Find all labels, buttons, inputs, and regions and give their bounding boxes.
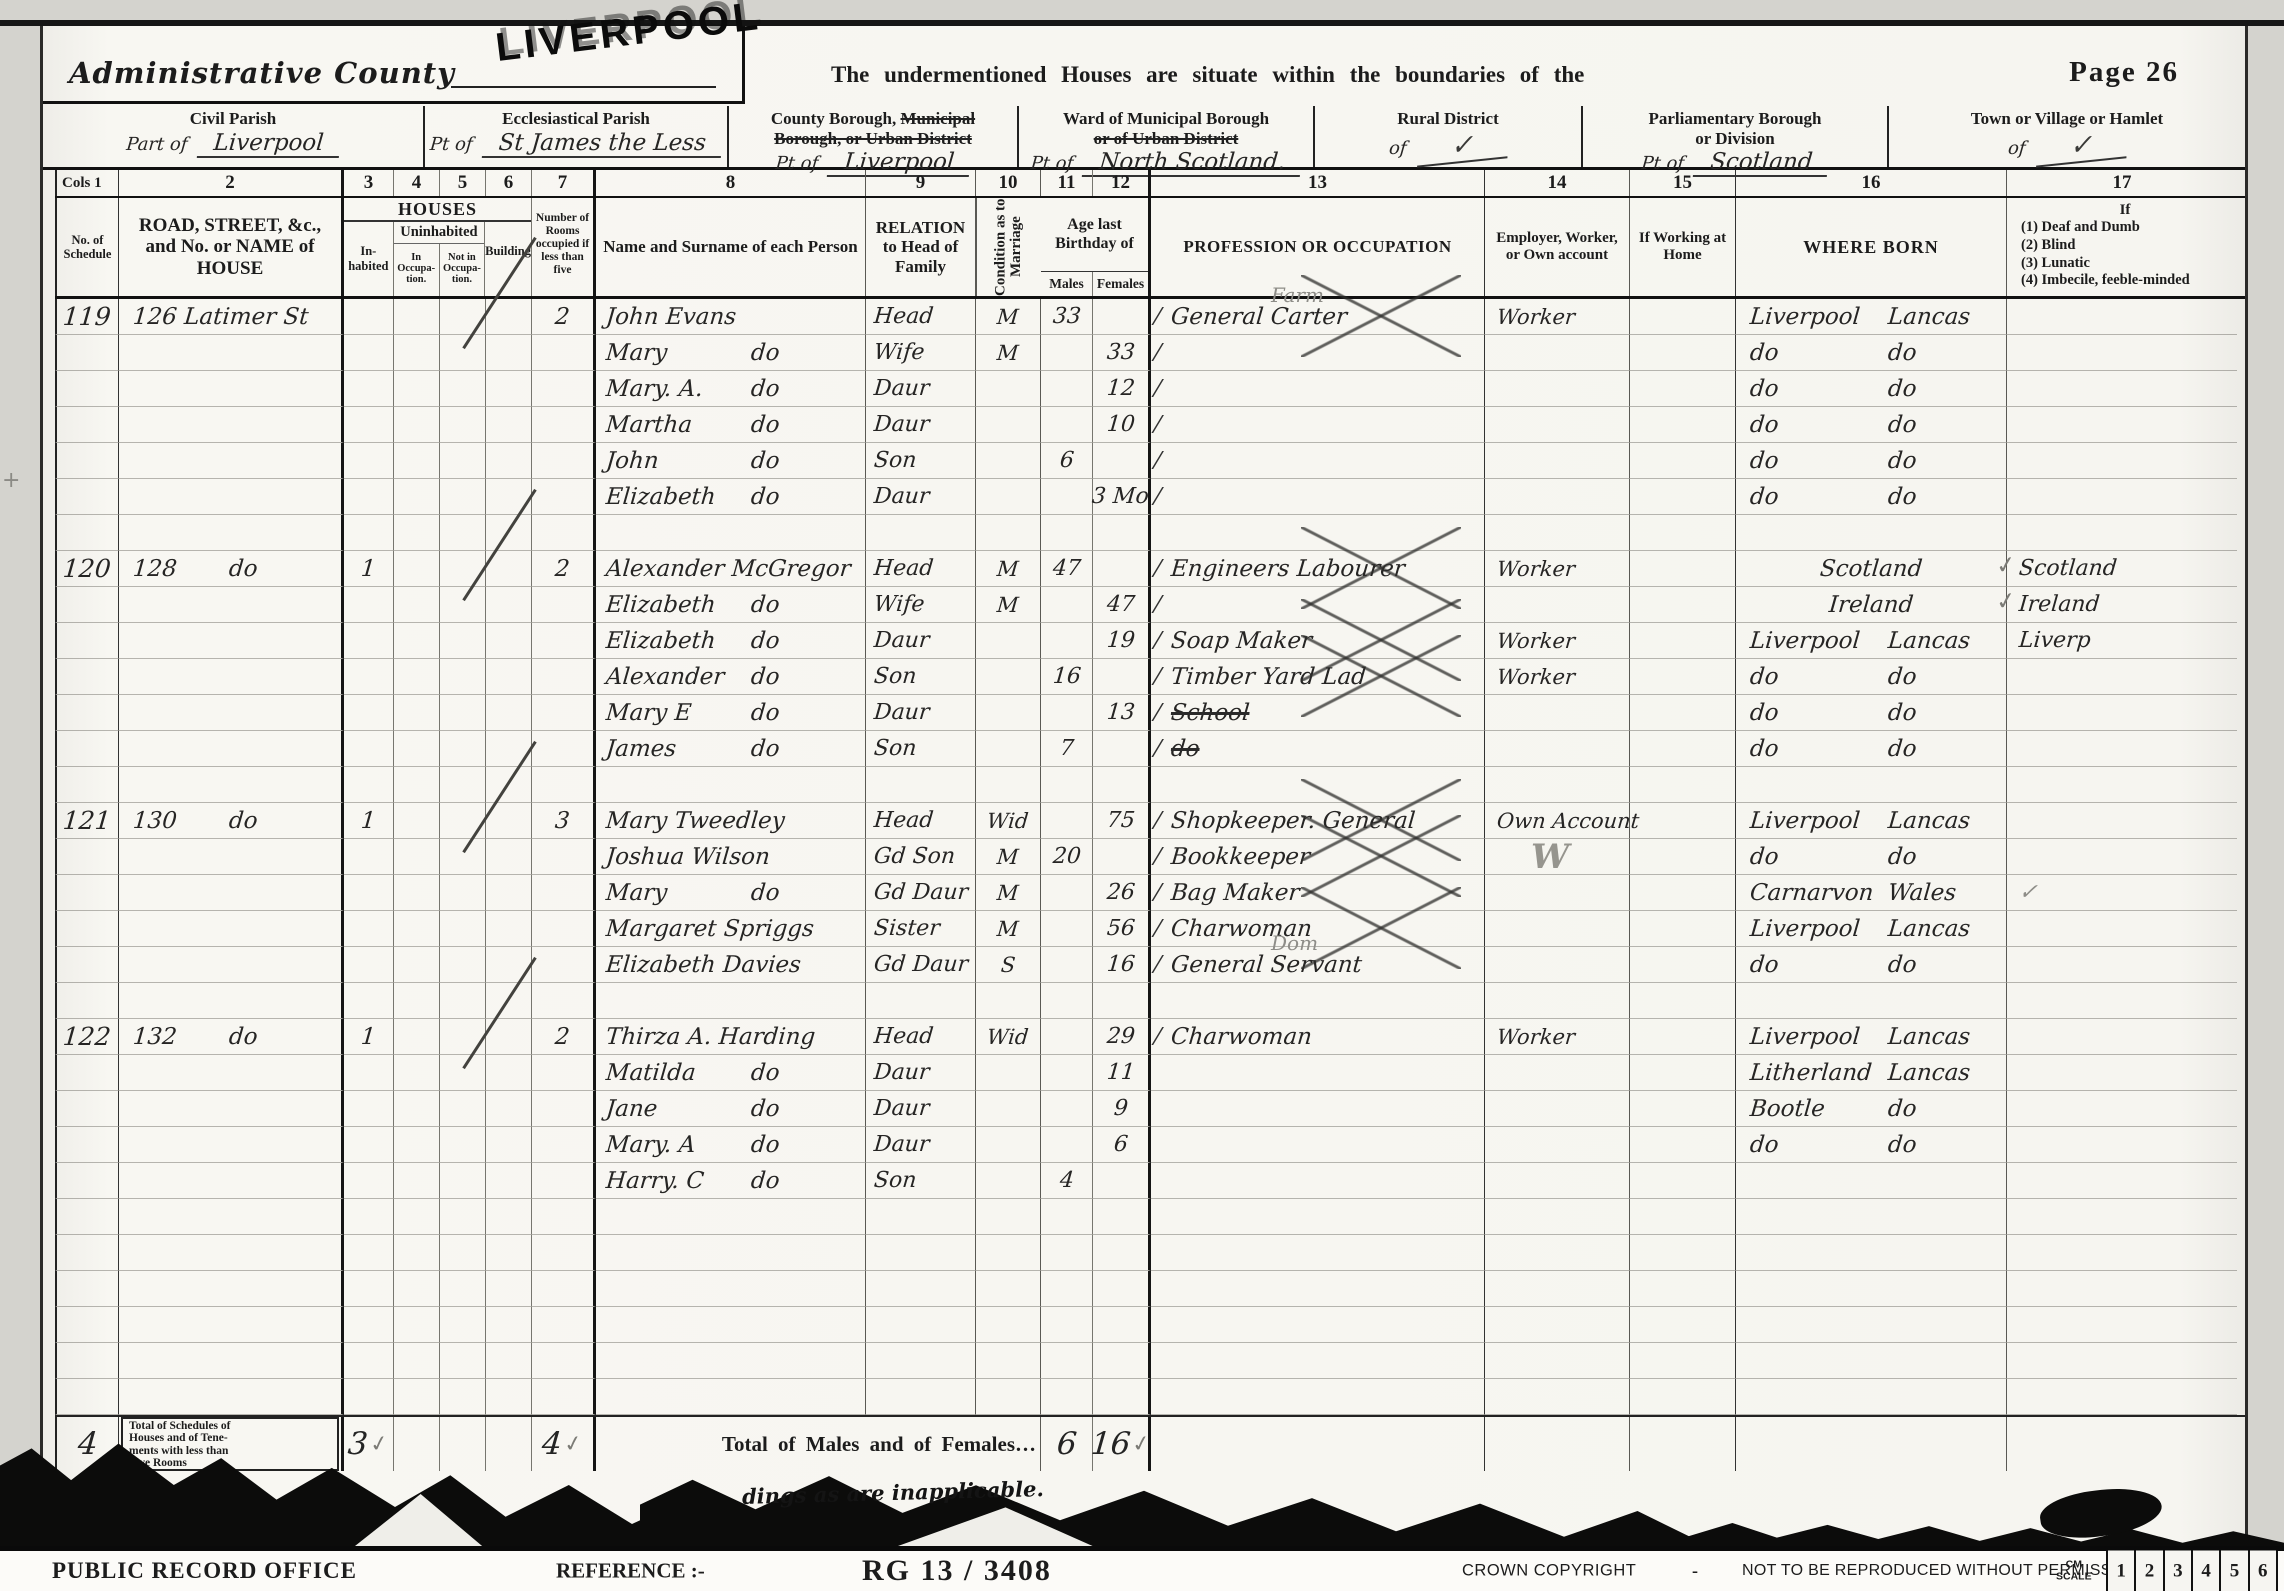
female-age: 3 Mo: [1091, 484, 1150, 509]
relation-value: Daur: [873, 1132, 931, 1157]
cell-uninhabited-in-occupation: [394, 551, 440, 587]
employer-status: Worker: [1496, 665, 1576, 689]
birth-county: do: [1887, 664, 1918, 690]
profession-text: Soap Maker: [1170, 628, 1313, 654]
col-header-schedule: No. of Schedule: [55, 198, 119, 296]
cell-relation: Daur: [866, 623, 976, 659]
cell-rooms: [532, 839, 596, 875]
cell-uninhabited-not-in-occupation: [440, 1019, 486, 1055]
person-name: Thirza A. Harding: [605, 1024, 817, 1050]
cell-uninhabited-not-in-occupation: [440, 767, 486, 803]
condition-value: S: [1000, 953, 1016, 977]
census-form: Administrative County LIVERPOOL The unde…: [40, 26, 2248, 1546]
pencil-margin-mark: +: [2, 468, 20, 493]
condition-value: M: [996, 593, 1020, 617]
cell-uninhabited-in-occupation: [394, 839, 440, 875]
cell-condition: [976, 695, 1041, 731]
tally-mark: ∕: [1153, 1024, 1163, 1049]
table-row: Mary EdoDaur13∕Schooldodo: [55, 695, 2245, 731]
tally-mark: ∕: [1153, 916, 1163, 941]
value-prefix: Pt of: [429, 134, 473, 155]
title-segment: or Division: [1695, 129, 1775, 148]
district-title-line: Ecclesiastical Parish: [425, 109, 727, 129]
col-number-14: 14: [1485, 170, 1630, 196]
cell-condition: [976, 515, 1041, 551]
table-row: MatildadoDaur11LitherlandLancas: [55, 1055, 2245, 1091]
relation-value: Daur: [873, 1096, 931, 1121]
cell-condition: Wid: [976, 803, 1041, 839]
cell-uninhabited-in-occupation: [394, 659, 440, 695]
cell-uninhabited-in-occupation: [394, 1199, 440, 1235]
cell-where-born: [1736, 515, 2007, 551]
cell-building: [486, 911, 532, 947]
relation-value: Head: [873, 556, 935, 581]
cell-working-at-home: [1630, 767, 1736, 803]
district-title: Ward of Municipal Boroughor of Urban Dis…: [1019, 109, 1313, 148]
cell-name: [596, 1343, 866, 1379]
cell-condition: [976, 1343, 1041, 1379]
cell-road: [119, 659, 344, 695]
cell-age-female: [1093, 1163, 1151, 1199]
birth-county: do: [1887, 376, 1918, 402]
table-row: ElizabethdoDaur19∕Soap MakerWorkerLiverp…: [55, 623, 2245, 659]
cell-profession: ∕Charwoman: [1151, 1019, 1485, 1055]
cell-relation: Son: [866, 731, 976, 767]
female-age: 13: [1105, 700, 1135, 725]
district-title: Ecclesiastical Parish: [425, 109, 727, 129]
cell-infirmity: [2007, 767, 2237, 803]
cell-working-at-home: [1630, 407, 1736, 443]
cell-building: [486, 407, 532, 443]
col-header-rooms: Number of Rooms occupied if less than fi…: [532, 198, 596, 296]
cell-age-male: [1041, 1235, 1093, 1271]
cell-building: [486, 947, 532, 983]
female-age: 26: [1105, 880, 1135, 905]
cell-uninhabited-not-in-occupation: [440, 443, 486, 479]
table-row: 121130do13Mary TweedleyHeadWid75∕Shopkee…: [55, 803, 2245, 839]
cell-road: [119, 1091, 344, 1127]
pencil-cross-icon: [1301, 887, 1461, 969]
profession-text: Charwoman: [1170, 1024, 1313, 1050]
cell-schedule: [55, 1235, 119, 1271]
male-age: 16: [1051, 664, 1081, 689]
cell-employer: Worker: [1485, 551, 1630, 587]
name-ditto: do: [750, 340, 781, 366]
title-segment: County Borough,: [771, 109, 901, 128]
ruler-segment: 2: [2136, 1551, 2164, 1591]
name-ditto: do: [750, 628, 781, 654]
check-mark-icon: ✓: [2035, 125, 2126, 167]
cell-working-at-home: [1630, 299, 1736, 335]
cell-uninhabited-in-occupation: [394, 479, 440, 515]
employer-status: Own Account: [1496, 809, 1640, 833]
cell-road: [119, 875, 344, 911]
cell-relation: Son: [866, 659, 976, 695]
cell-schedule: [55, 1343, 119, 1379]
cell-infirmity: [2007, 731, 2237, 767]
col-number-11: 11: [1041, 170, 1093, 196]
cell-uninhabited-not-in-occupation: [440, 1055, 486, 1091]
cell-rooms: [532, 335, 596, 371]
name-ditto: do: [750, 448, 781, 474]
tally-mark: ∕: [1153, 808, 1163, 833]
pencil-note: Farm: [1271, 283, 1324, 307]
cell-relation: Daur: [866, 407, 976, 443]
cell-uninhabited-in-occupation: [394, 947, 440, 983]
cell-working-at-home: [1630, 335, 1736, 371]
cell-road: [119, 1163, 344, 1199]
birthplace: Liverpool: [1749, 628, 1861, 654]
person-name: Jane: [605, 1096, 659, 1122]
cell-uninhabited-in-occupation: [394, 1271, 440, 1307]
cell-condition: S: [976, 947, 1041, 983]
cell-employer: [1485, 443, 1630, 479]
cell-where-born: LiverpoolLancas: [1736, 299, 2007, 335]
cell-inhabited: [344, 695, 394, 731]
cell-employer: [1485, 1199, 1630, 1235]
birth-county: Lancas: [1887, 916, 1971, 942]
birth-county: Wales: [1887, 880, 1957, 906]
cell-working-at-home: [1630, 983, 1736, 1019]
birth-county: Lancas: [1887, 304, 1971, 330]
cell-condition: [976, 371, 1041, 407]
relation-value: Son: [873, 1168, 918, 1193]
cell-working-at-home: [1630, 1235, 1736, 1271]
cell-where-born: [1736, 983, 2007, 1019]
cell-profession: [1151, 1343, 1485, 1379]
cell-inhabited: [344, 515, 394, 551]
cell-condition: Wid: [976, 1019, 1041, 1055]
cell-building: [486, 443, 532, 479]
tally-mark: ∕: [1153, 304, 1163, 329]
cell-uninhabited-in-occupation: [394, 407, 440, 443]
cell-building: [486, 731, 532, 767]
value-text: Liverpool: [196, 130, 340, 158]
cell-condition: M: [976, 299, 1041, 335]
cell-uninhabited-not-in-occupation: [440, 299, 486, 335]
ruler-segment: 1: [2108, 1551, 2136, 1591]
cell-employer: [1485, 407, 1630, 443]
cell-relation: [866, 983, 976, 1019]
cell-inhabited: [344, 1271, 394, 1307]
title-segment: Borough, or Urban District: [774, 129, 972, 148]
cell-age-female: [1093, 983, 1151, 1019]
birth-county: Lancas: [1887, 1060, 1971, 1086]
district-value: Pt ofSt James the Less: [424, 130, 728, 158]
cell-relation: [866, 767, 976, 803]
cell-uninhabited-in-occupation: [394, 587, 440, 623]
person-name: Joshua Wilson: [605, 844, 771, 870]
road-text: 126 Latimer St: [132, 304, 310, 330]
condition-value: M: [996, 917, 1020, 941]
cell-rooms: [532, 695, 596, 731]
cell-relation: Wife: [866, 335, 976, 371]
cell-condition: [976, 1091, 1041, 1127]
cell-profession: [1151, 1127, 1485, 1163]
tally-mark: ∕: [1153, 412, 1163, 437]
cell-infirmity: [2007, 335, 2237, 371]
name-ditto: do: [750, 700, 781, 726]
title-segment: Parliamentary Borough: [1649, 109, 1822, 128]
condition-value: M: [996, 305, 1020, 329]
cell-uninhabited-in-occupation: [394, 515, 440, 551]
infirmity-item: (2) Blind: [2021, 237, 2229, 255]
infirmity-item: (3) Lunatic: [2021, 255, 2229, 273]
cell-age-female: [1093, 1271, 1151, 1307]
ruler-segment: 6: [2250, 1551, 2278, 1591]
name-ditto: do: [750, 1060, 781, 1086]
road-ditto: do: [228, 556, 259, 582]
person-name: Alexander: [605, 664, 726, 690]
cell-uninhabited-in-occupation: [394, 803, 440, 839]
female-age: 29: [1105, 1024, 1135, 1049]
employer-status: Worker: [1496, 1025, 1576, 1049]
name-ditto: do: [750, 664, 781, 690]
cell-rooms: [532, 371, 596, 407]
birthplace: do: [1749, 664, 1780, 690]
cell-relation: Gd Daur: [866, 947, 976, 983]
title-segment: Civil Parish: [190, 109, 276, 128]
cell-working-at-home: [1630, 1091, 1736, 1127]
district-title: Town or Village or Hamlet: [1889, 109, 2245, 129]
cell-working-at-home: [1630, 659, 1736, 695]
col-header-road: ROAD, STREET, &c., and No. or NAME of HO…: [119, 198, 344, 296]
cell-age-female: [1093, 443, 1151, 479]
cell-age-male: 33: [1041, 299, 1093, 335]
reference-number: RG 13 / 3408: [862, 1554, 1052, 1588]
relation-value: Gd Daur: [873, 880, 969, 905]
cell-uninhabited-in-occupation: [394, 1163, 440, 1199]
cell-condition: [976, 1235, 1041, 1271]
female-age: 47: [1105, 592, 1135, 617]
condition-value: M: [996, 881, 1020, 905]
birthplace: do: [1749, 484, 1780, 510]
col-header-houses: HOUSES: [344, 198, 531, 222]
col-number-17: 17: [2007, 170, 2237, 196]
cell-uninhabited-not-in-occupation: [440, 371, 486, 407]
cell-uninhabited-not-in-occupation: [440, 695, 486, 731]
cell-rooms: [532, 1271, 596, 1307]
cell-employer: [1485, 587, 1630, 623]
col-header-condition: Condition as to Marriage: [976, 198, 1041, 296]
cell-condition: M: [976, 551, 1041, 587]
cell-age-female: 13: [1093, 695, 1151, 731]
inhabited-count: 1: [360, 808, 377, 834]
district-title-line: Civil Parish: [43, 109, 423, 129]
cell-relation: Wife: [866, 587, 976, 623]
cell-building: [486, 839, 532, 875]
title-segment: Town or Village or Hamlet: [1971, 109, 2163, 128]
cell-schedule: [55, 443, 119, 479]
cell-working-at-home: [1630, 479, 1736, 515]
employer-status: Worker: [1496, 305, 1576, 329]
district-ward-municipal-borough: Ward of Municipal Boroughor of Urban Dis…: [1019, 106, 1315, 167]
cell-uninhabited-not-in-occupation: [440, 1091, 486, 1127]
cell-age-male: 20: [1041, 839, 1093, 875]
cell-where-born: [1736, 767, 2007, 803]
cell-rooms: [532, 875, 596, 911]
cell-age-female: [1093, 515, 1151, 551]
col-header-relation: RELATION to Head of Family: [866, 198, 976, 296]
cell-working-at-home: [1630, 1019, 1736, 1055]
cell-profession: [1151, 1055, 1485, 1091]
cell-condition: M: [976, 587, 1041, 623]
cell-employer: Worker: [1485, 1019, 1630, 1055]
cell-schedule: [55, 947, 119, 983]
cell-where-born: [1736, 1199, 2007, 1235]
male-age: 6: [1058, 448, 1074, 473]
condition-value: M: [996, 341, 1020, 365]
cell-road: [119, 1343, 344, 1379]
birthplace: Carnarvon: [1749, 880, 1875, 906]
cell-infirmity: [2007, 479, 2237, 515]
cell-working-at-home: [1630, 1199, 1736, 1235]
district-title-line: or Division: [1583, 129, 1887, 149]
female-age: 6: [1112, 1132, 1128, 1157]
cell-road: [119, 1127, 344, 1163]
cell-rooms: [532, 911, 596, 947]
pencil-note: W: [1531, 837, 1569, 877]
schedule-number: 121: [62, 806, 112, 835]
cell-profession: [1151, 1091, 1485, 1127]
col-header-males: Males: [1041, 272, 1093, 296]
pencil-cross-icon: [1301, 275, 1461, 357]
table-row: [55, 767, 2245, 803]
profession-text: do: [1170, 736, 1201, 762]
person-name: James: [605, 736, 677, 762]
cell-rooms: 2: [532, 299, 596, 335]
cell-rooms: [532, 1199, 596, 1235]
cell-working-at-home: [1630, 587, 1736, 623]
cell-age-male: 4: [1041, 1163, 1093, 1199]
birth-county: do: [1887, 340, 1918, 366]
cell-relation: [866, 1343, 976, 1379]
cell-employer: [1485, 1235, 1630, 1271]
relation-value: Head: [873, 1024, 935, 1049]
person-name: Mary. A.: [605, 376, 704, 402]
person-name: Mary E: [605, 700, 693, 726]
cell-schedule: [55, 515, 119, 551]
cell-road: 130do: [119, 803, 344, 839]
relation-value: Daur: [873, 484, 931, 509]
district-town-village-hamlet: Town or Village or Hamletof✓: [1889, 106, 2245, 167]
female-age: 56: [1105, 916, 1135, 941]
cell-rooms: 3: [532, 803, 596, 839]
schedule-number: 119: [62, 302, 112, 331]
relation-value: Wife: [873, 592, 926, 617]
cell-name: [596, 983, 866, 1019]
cell-infirmity: [2007, 983, 2237, 1019]
cell-inhabited: [344, 371, 394, 407]
col-header-age: Age last Birthday of: [1041, 198, 1148, 271]
cell-inhabited: [344, 659, 394, 695]
cell-building: [486, 1307, 532, 1343]
cell-rooms: [532, 947, 596, 983]
table-row: ElizabethdoDaur3 Mo∕dodo: [55, 479, 2245, 515]
road-text: 132: [132, 1024, 178, 1050]
birth-county: Lancas: [1887, 808, 1971, 834]
rooms-count: 2: [554, 1024, 571, 1050]
cell-age-female: 47: [1093, 587, 1151, 623]
cell-rooms: [532, 1091, 596, 1127]
torn-black-shape: [1650, 1514, 2284, 1546]
cell-relation: [866, 1307, 976, 1343]
district-title-line: Town or Village or Hamlet: [1889, 109, 2245, 129]
cell-name: Marydo: [596, 875, 866, 911]
value-prefix: of: [1388, 138, 1407, 159]
cell-road: [119, 335, 344, 371]
cell-employer: [1485, 515, 1630, 551]
cell-road: [119, 983, 344, 1019]
inhabited-count: 1: [360, 556, 377, 582]
district-title-line: County Borough, Municipal: [729, 109, 1017, 129]
table-row: MarydoWifeM33∕dodo: [55, 335, 2245, 371]
condition-value: Wid: [986, 1025, 1029, 1049]
birthplace: Liverpool: [1749, 1024, 1861, 1050]
infirmity-item: (1) Deaf and Dumb: [2021, 219, 2229, 237]
cell-relation: Head: [866, 551, 976, 587]
cell-profession: ∕do: [1151, 731, 1485, 767]
cell-working-at-home: [1630, 1127, 1736, 1163]
cell-working-at-home: [1630, 1343, 1736, 1379]
cell-inhabited: [344, 1199, 394, 1235]
check-mark-icon: ✓: [1416, 125, 1507, 167]
cell-working-at-home: [1630, 371, 1736, 407]
cell-uninhabited-in-occupation: [394, 335, 440, 371]
cell-condition: [976, 1199, 1041, 1235]
cell-employer: W: [1485, 839, 1630, 875]
female-age: 16: [1105, 952, 1135, 977]
col-number-2: 2: [119, 170, 344, 196]
cell-rooms: 2: [532, 1019, 596, 1055]
name-ditto: do: [750, 376, 781, 402]
cell-profession: ∕: [1151, 371, 1485, 407]
cell-working-at-home: [1630, 947, 1736, 983]
cell-infirmity: [2007, 1163, 2237, 1199]
cell-road: 132do: [119, 1019, 344, 1055]
cell-where-born: LiverpoolLancas: [1736, 623, 2007, 659]
cell-name: Mary Edo: [596, 695, 866, 731]
cell-age-male: [1041, 1199, 1093, 1235]
cell-profession: [1151, 1235, 1485, 1271]
district-ecclesiastical-parish: Ecclesiastical ParishPt ofSt James the L…: [425, 106, 729, 167]
cell-where-born: CarnarvonWales: [1736, 875, 2007, 911]
cell-employer: [1485, 1307, 1630, 1343]
cell-employer: [1485, 911, 1630, 947]
cell-employer: [1485, 875, 1630, 911]
col-number-13: 13: [1151, 170, 1485, 196]
cell-rooms: [532, 1127, 596, 1163]
cell-condition: [976, 479, 1041, 515]
pencil-cross-icon: [1301, 635, 1461, 717]
birthplace: do: [1749, 340, 1780, 366]
cell-condition: [976, 983, 1041, 1019]
cell-name: Marydo: [596, 335, 866, 371]
district-value: of✓: [1888, 130, 2247, 163]
tally-mark: ∕: [1153, 700, 1163, 725]
cell-condition: [976, 1127, 1041, 1163]
cell-working-at-home: [1630, 623, 1736, 659]
col-number-9: 9: [866, 170, 976, 196]
uninhabited-subheaders: In Occupa-tion. Not in Occupa-tion.: [394, 244, 484, 296]
cell-uninhabited-in-occupation: [394, 1055, 440, 1091]
table-row: [55, 1199, 2245, 1235]
cell-working-at-home: [1630, 875, 1736, 911]
cell-name: Janedo: [596, 1091, 866, 1127]
cell-age-male: [1041, 371, 1093, 407]
title-segment: Ecclesiastical Parish: [502, 109, 650, 128]
cell-condition: [976, 1307, 1041, 1343]
